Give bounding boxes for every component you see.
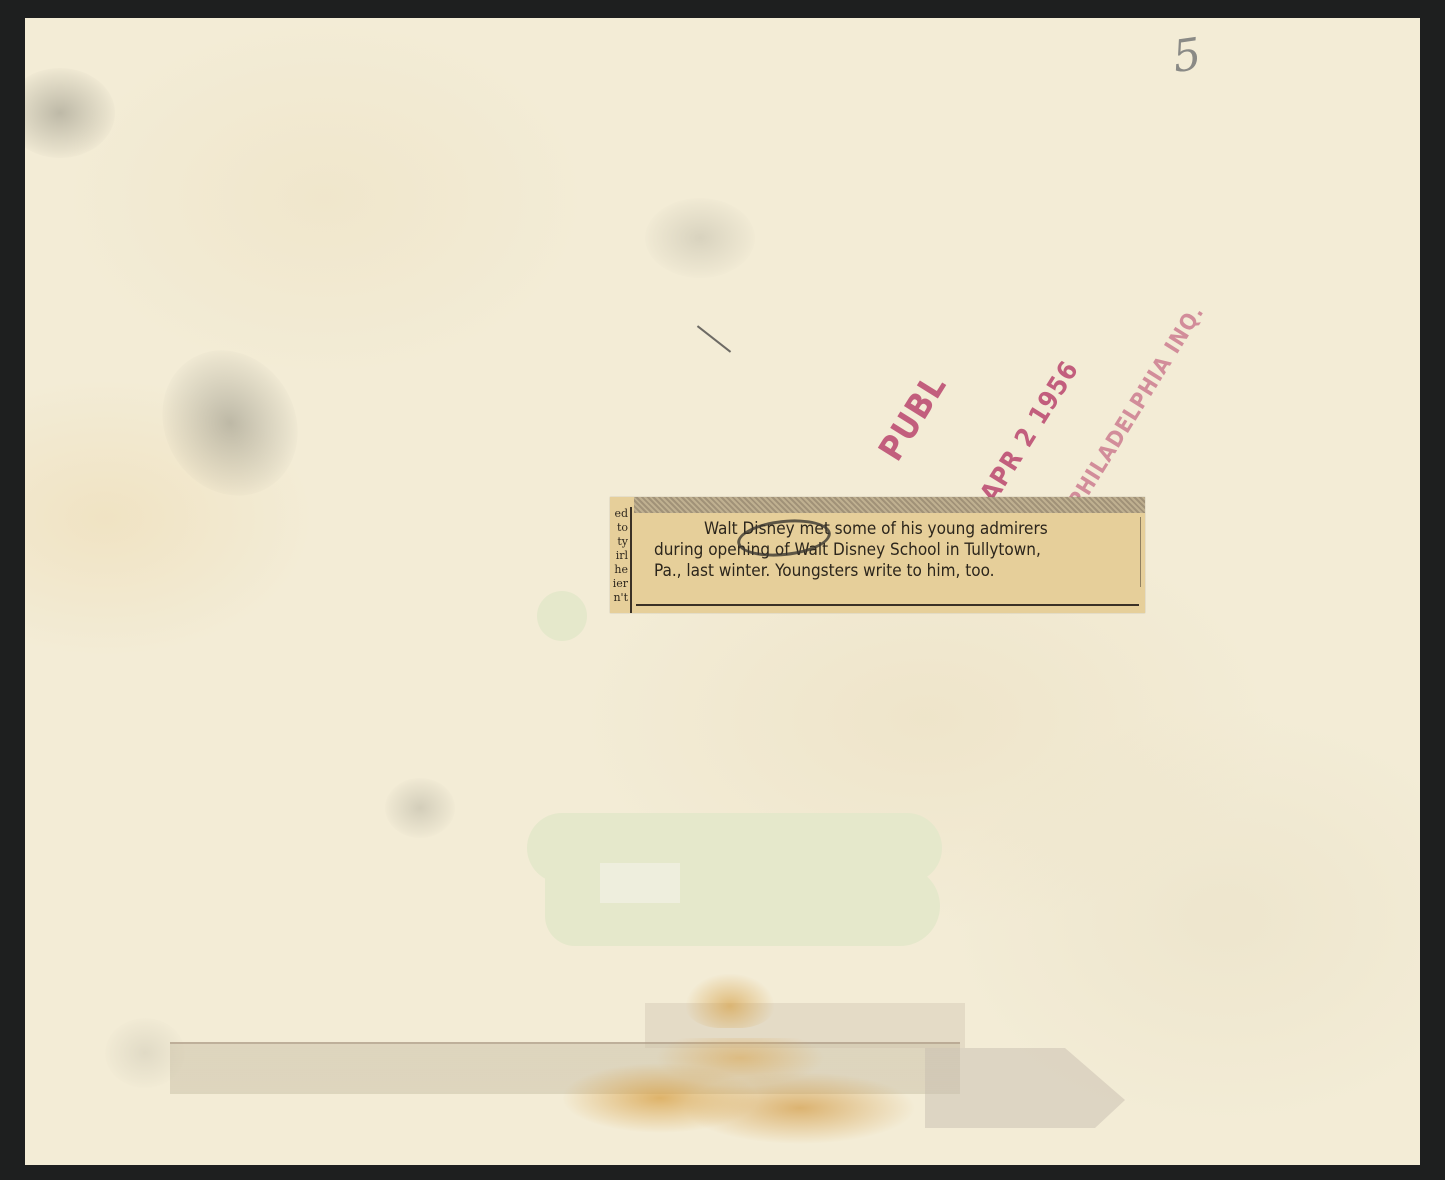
scratch-mark: [697, 325, 731, 352]
column-fragment: he: [610, 563, 628, 577]
fingerprint-smudge-top-left: [25, 68, 115, 158]
retouch-dot: [537, 591, 587, 641]
fingerprint-smudge-left: [136, 326, 324, 521]
stamp-date: APR 2 1956: [975, 356, 1086, 508]
smudge-lower-left: [385, 778, 455, 838]
column-fragment: to: [610, 521, 628, 535]
newspaper-clipping: ed to ty irl he ier n't Walt Disney met …: [610, 497, 1145, 613]
smudge-top-center: [645, 198, 755, 278]
column-fragment: ed: [610, 507, 628, 521]
column-fragment: ier: [610, 577, 628, 591]
caption-line-2: during opening of Walt Disney School in …: [654, 540, 1127, 561]
clipping-photo-edge: [634, 497, 1145, 513]
clipping-rule: [636, 604, 1139, 606]
column-fragment: n't: [610, 591, 628, 605]
pencil-annotation: 5: [1170, 28, 1209, 83]
retouch-patch-gap: [600, 863, 680, 903]
clipping-adjacent-column: ed to ty irl he ier n't: [610, 507, 632, 613]
publicity-stamp-label: PUBL: [871, 367, 955, 468]
tape-fragment-right: [925, 1048, 1125, 1128]
clipping-right-rule: [1140, 517, 1141, 587]
caption-line-3: Pa., last winter. Youngsters write to hi…: [654, 561, 1127, 582]
column-fragment: irl: [610, 549, 628, 563]
glue-stain-top: [685, 973, 775, 1028]
photo-back-paper: 5 PUBL APR 2 1956 PHILADELPHIA INQ. ed t…: [25, 18, 1420, 1165]
glue-stain: [540, 1038, 940, 1158]
clipping-caption: Walt Disney met some of his young admire…: [654, 519, 1127, 582]
stamp-location-faded: PHILADELPHIA INQ.: [1064, 301, 1210, 513]
column-fragment: ty: [610, 535, 628, 549]
